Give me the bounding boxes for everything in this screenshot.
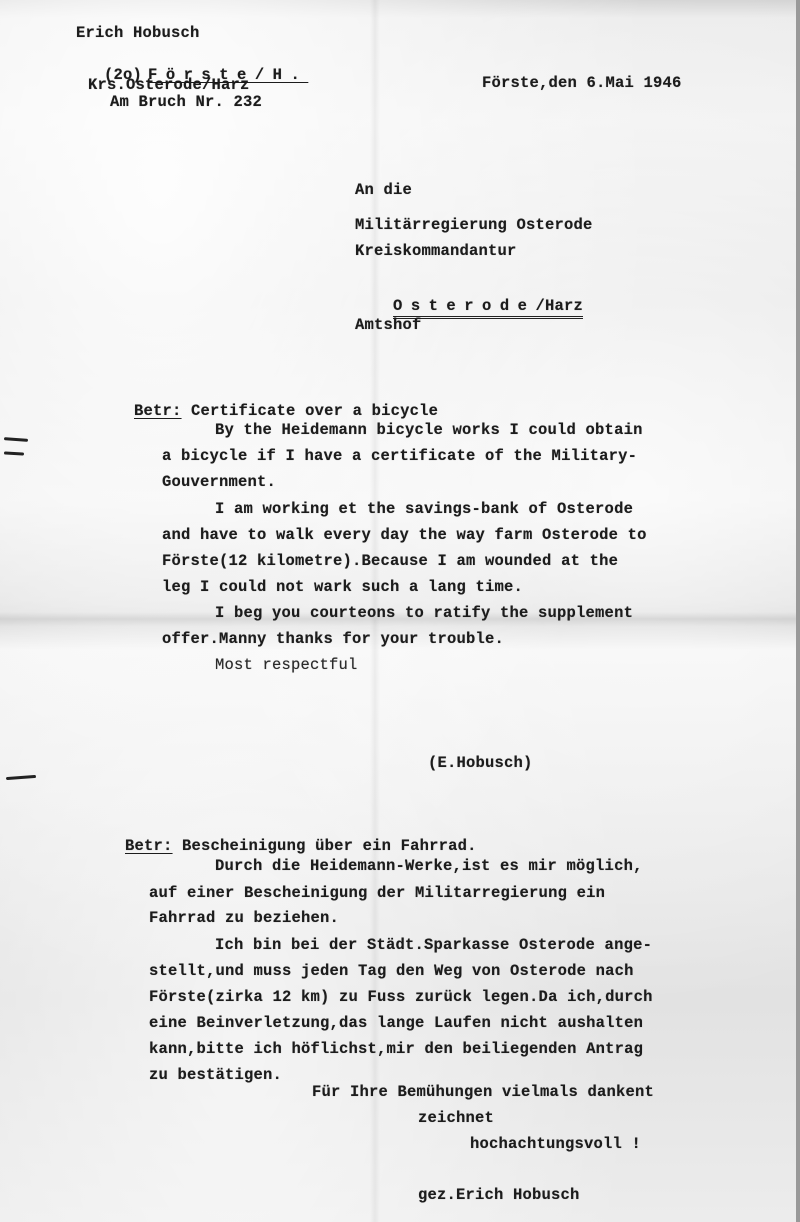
german-line: auf einer Bescheinigung der Militarregie… bbox=[149, 886, 605, 902]
german-closing: Für Ihre Bemühungen vielmals dankent bbox=[312, 1085, 654, 1101]
sender-name: Erich Hobusch bbox=[76, 26, 200, 42]
recipient-line1: Militärregierung Osterode bbox=[355, 218, 593, 234]
recipient-line4: Amtshof bbox=[355, 318, 422, 334]
english-line: I am working et the savings-bank of Oste… bbox=[215, 502, 633, 518]
binder-mark-icon bbox=[6, 775, 36, 780]
recipient-intro: An die bbox=[355, 183, 412, 199]
english-line: Gouvernment. bbox=[162, 475, 276, 491]
english-line: By the Heidemann bicycle works I could o… bbox=[215, 423, 643, 439]
english-line: Most respectful bbox=[215, 658, 358, 674]
recipient-city-suffix: /Harz bbox=[535, 297, 583, 315]
sender-district: Krs.Osterode/Harz bbox=[88, 78, 250, 94]
english-signature: (E.Hobusch) bbox=[428, 756, 533, 772]
german-closing: zeichnet bbox=[418, 1111, 494, 1127]
german-line: stellt,und muss jeden Tag den Weg von Os… bbox=[149, 964, 634, 980]
german-line: Fahrrad zu beziehen. bbox=[149, 911, 339, 927]
german-signature: gez.Erich Hobusch bbox=[418, 1188, 580, 1204]
recipient-city-name: Osterode bbox=[393, 297, 535, 315]
german-line: zu bestätigen. bbox=[149, 1068, 282, 1084]
recipient-line2: Kreiskommandantur bbox=[355, 244, 517, 260]
english-line: a bicycle if I have a certificate of the… bbox=[162, 449, 637, 465]
date-line: Förste,den 6.Mai 1946 bbox=[482, 76, 682, 92]
subject-label: Betr: bbox=[125, 837, 173, 855]
paper-edge bbox=[796, 0, 800, 1222]
english-line: and have to walk every day the way farm … bbox=[162, 528, 647, 544]
german-line: Ich bin bei der Städt.Sparkasse Osterode… bbox=[215, 938, 652, 954]
german-line: kann,bitte ich höflichst,mir den beilieg… bbox=[149, 1042, 643, 1058]
binder-mark-icon bbox=[4, 451, 24, 455]
sender-street: Am Bruch Nr. 232 bbox=[110, 95, 262, 111]
german-closing: hochachtungsvoll ! bbox=[470, 1137, 641, 1153]
german-line: Durch die Heidemann-Werke,ist es mir mög… bbox=[215, 859, 643, 875]
english-line: leg I could not wark such a lang time. bbox=[162, 580, 523, 596]
german-line: eine Beinverletzung,das lange Laufen nic… bbox=[149, 1016, 643, 1032]
german-line: Förste(zirka 12 km) zu Fuss zurück legen… bbox=[149, 990, 653, 1006]
english-line: offer.Manny thanks for your trouble. bbox=[162, 632, 504, 648]
subject-text: Bescheinigung über ein Fahrrad. bbox=[182, 837, 477, 855]
english-line: I beg you courteons to ratify the supple… bbox=[215, 606, 633, 622]
binder-mark-icon bbox=[4, 437, 28, 442]
subject-text: Certificate over a bicycle bbox=[191, 402, 438, 420]
letter-page: Erich Hobusch (2o)Förste/H. Krs.Osterode… bbox=[0, 0, 800, 1222]
english-line: Förste(12 kilometre).Because I am wounde… bbox=[162, 554, 618, 570]
subject-label: Betr: bbox=[134, 402, 182, 420]
